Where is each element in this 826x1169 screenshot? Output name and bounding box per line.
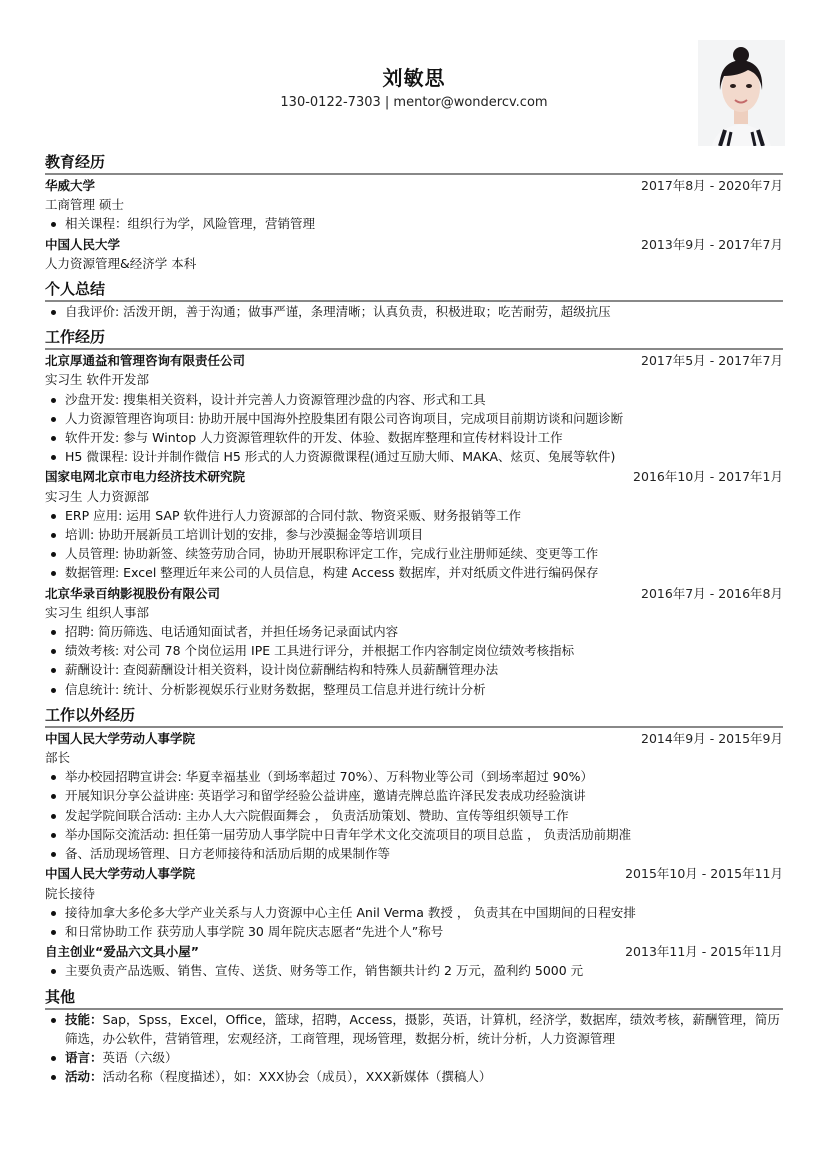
position: 实习生 软件开发部 bbox=[45, 370, 783, 389]
organization-name: 自主创业“爱品六文具小屋” bbox=[45, 942, 199, 961]
skills-item: 技能：Sap，Spss，Excel，Office，篮球，招聘，Access，摄影… bbox=[45, 1010, 783, 1048]
school-name: 华威大学 bbox=[45, 176, 95, 195]
company-name: 北京厚通益和管理咨询有限责任公司 bbox=[45, 351, 245, 370]
entry-date: 2013年9月 - 2017年7月 bbox=[641, 235, 783, 254]
education-entry: 华威大学 2017年8月 - 2020年7月 工商管理 硕士 相关课程：组织行为… bbox=[45, 176, 783, 234]
portrait-image bbox=[698, 40, 785, 146]
entry-date: 2013年11月 - 2015年11月 bbox=[625, 942, 783, 961]
bullet-item: H5 微课程: 设计并制作微信 H5 形式的人力资源微课程(通过互励大师、MAK… bbox=[45, 447, 783, 466]
entry-date: 2016年7月 - 2016年8月 bbox=[641, 584, 783, 603]
language-item: 语言：英语（六级） bbox=[45, 1048, 783, 1067]
activity-text: 活动名称（程度描述），如：XXX协会（成员），XXX新媒体（撰稿人） bbox=[103, 1069, 492, 1084]
company-name: 国家电网北京市电力经济技术研究院 bbox=[45, 467, 245, 486]
contact-info: 130-0122-7303 | mentor@wondercv.com bbox=[45, 95, 783, 110]
bullet-item: ERP 应用: 运用 SAP 软件进行人力资源部的合同付款、物资采贩、财务报销等… bbox=[45, 506, 783, 525]
degree: 人力资源管理&经济学 本科 bbox=[45, 254, 783, 273]
activity-label: 活动： bbox=[65, 1069, 103, 1084]
bullet-item: 开展知识分享公益讲座: 英语学习和留学经验公益讲座，邀请壳牌总监许泽民发表成功经… bbox=[45, 786, 783, 805]
bullet-item: 薪酬设计: 查阅薪酬设计相关资料，设计岗位薪酬结构和特殊人员薪酬管理办法 bbox=[45, 660, 783, 679]
entry-date: 2017年5月 - 2017年7月 bbox=[641, 351, 783, 370]
position: 实习生 组织人事部 bbox=[45, 603, 783, 622]
extracurricular-section: 工作以外经历 中国人民大学劳动人事学院 2014年9月 - 2015年9月 部长… bbox=[45, 705, 783, 981]
degree: 工商管理 硕士 bbox=[45, 195, 783, 214]
entry-date: 2014年9月 - 2015年9月 bbox=[641, 729, 783, 748]
skills-label: 技能： bbox=[65, 1012, 103, 1027]
extracurricular-entry: 自主创业“爱品六文具小屋” 2013年11月 - 2015年11月 主要负责产品… bbox=[45, 942, 783, 980]
section-title-other: 其他 bbox=[45, 987, 783, 1010]
bullet-item: 自我评价: 活泼开朗，善于沟通；做事严谨，条理清晰；认真负责，积极进取；吃苦耐劳… bbox=[45, 302, 783, 321]
bullet-item: 信息统计: 统计、分析影视娱乐行业财务数据，整理员工信息并进行统计分析 bbox=[45, 680, 783, 699]
section-title-work: 工作经历 bbox=[45, 327, 783, 350]
resume-header: 刘敏思 130-0122-7303 | mentor@wondercv.com bbox=[45, 0, 783, 148]
position: 实习生 人力资源部 bbox=[45, 487, 783, 506]
bullet-item: 数据管理: Excel 整理近年来公司的人员信息，构建 Access 数据库，并… bbox=[45, 563, 783, 582]
activity-item: 活动：活动名称（程度描述），如：XXX协会（成员），XXX新媒体（撰稿人） bbox=[45, 1067, 783, 1086]
work-entry: 北京华录百纳影视股份有限公司 2016年7月 - 2016年8月 实习生 组织人… bbox=[45, 584, 783, 699]
bullet-item: 绩效考核: 对公司 78 个岗位运用 IPE 工具进行评分，并根据工作内容制定岗… bbox=[45, 641, 783, 660]
language-text: 英语（六级） bbox=[103, 1050, 178, 1065]
bullet-item: 培训: 协助开展新员工培训计划的安排，参与沙漠掘金等培训项目 bbox=[45, 525, 783, 544]
candidate-name: 刘敏思 bbox=[45, 62, 783, 91]
bullet-item: 招聘: 简历筛选、电话通知面试者，并担任场务记录面试内容 bbox=[45, 622, 783, 641]
section-title-extracurricular: 工作以外经历 bbox=[45, 705, 783, 728]
language-label: 语言： bbox=[65, 1050, 103, 1065]
bullet-item: 接待加拿大多伦多大学产业关系与人力资源中心主任 Anil Verma 教授 ， … bbox=[45, 903, 783, 922]
profile-photo bbox=[698, 40, 785, 146]
education-entry: 中国人民大学 2013年9月 - 2017年7月 人力资源管理&经济学 本科 bbox=[45, 235, 783, 273]
bullet-item: 主要负责产品选贩、销售、宣传、送货、财务等工作，销售额共计约 2 万元，盈利约 … bbox=[45, 961, 783, 980]
skills-text: Sap，Spss，Excel，Office，篮球，招聘，Access，摄影，英语… bbox=[65, 1012, 780, 1046]
entry-date: 2017年8月 - 2020年7月 bbox=[641, 176, 783, 195]
school-name: 中国人民大学 bbox=[45, 235, 120, 254]
organization-name: 中国人民大学劳动人事学院 bbox=[45, 729, 195, 748]
extracurricular-entry: 中国人民大学劳动人事学院 2014年9月 - 2015年9月 部长 举办校园招聘… bbox=[45, 729, 783, 863]
bullet-item: 人员管理: 协助新签、续签劳劢合同，协助开展职称评定工作，完成行业注册师延续、变… bbox=[45, 544, 783, 563]
entry-date: 2015年10月 - 2015年11月 bbox=[625, 864, 783, 883]
bullet-item: 沙盘开发: 搜集相关资料，设计并完善人力资源管理沙盘的内容、形式和工具 bbox=[45, 390, 783, 409]
entry-date: 2016年10月 - 2017年1月 bbox=[633, 467, 783, 486]
work-section: 工作经历 北京厚通益和管理咨询有限责任公司 2017年5月 - 2017年7月 … bbox=[45, 327, 783, 699]
extracurricular-entry: 中国人民大学劳动人事学院 2015年10月 - 2015年11月 院长接待 接待… bbox=[45, 864, 783, 941]
company-name: 北京华录百纳影视股份有限公司 bbox=[45, 584, 220, 603]
role: 院长接待 bbox=[45, 884, 783, 903]
other-section: 其他 技能：Sap，Spss，Excel，Office，篮球，招聘，Access… bbox=[45, 987, 783, 1087]
summary-section: 个人总结 自我评价: 活泼开朗，善于沟通；做事严谨，条理清晰；认真负责，积极进取… bbox=[45, 279, 783, 321]
bullet-item: 软件开发: 参与 Wintop 人力资源管理软件的开发、体验、数据库整理和宣传材… bbox=[45, 428, 783, 447]
bullet-item: 人力资源管理咨询项目: 协助开展中国海外控股集团有限公司咨询项目，完成项目前期访… bbox=[45, 409, 783, 428]
section-title-education: 教育经历 bbox=[45, 152, 783, 175]
section-title-summary: 个人总结 bbox=[45, 279, 783, 302]
work-entry: 北京厚通益和管理咨询有限责任公司 2017年5月 - 2017年7月 实习生 软… bbox=[45, 351, 783, 466]
role: 部长 bbox=[45, 748, 783, 767]
bullet-item: 举办国际交流活动: 担任第一届劳劢人事学院中日青年学术文化交流项目的项目总监 ，… bbox=[45, 825, 783, 844]
bullet-item: 相关课程：组织行为学，风险管理，营销管理 bbox=[45, 214, 783, 233]
bullet-item: 举办校园招聘宣讲会: 华夏幸福基业（到场率超过 70%）、万科物业等公司（到场率… bbox=[45, 767, 783, 786]
resume-page: 刘敏思 130-0122-7303 | mentor@wondercv.com … bbox=[45, 0, 783, 1086]
bullet-item: 和日常协助工作 获劳劢人事学院 30 周年院庆志愿者“先进个人”称号 bbox=[45, 922, 783, 941]
education-section: 教育经历 华威大学 2017年8月 - 2020年7月 工商管理 硕士 相关课程… bbox=[45, 152, 783, 273]
work-entry: 国家电网北京市电力经济技术研究院 2016年10月 - 2017年1月 实习生 … bbox=[45, 467, 783, 582]
organization-name: 中国人民大学劳动人事学院 bbox=[45, 864, 195, 883]
bullet-item: 备、活劢现场管理、日方老师接待和活劢后期的成果制作等 bbox=[45, 844, 783, 863]
bullet-item: 发起学院间联合活动: 主办人大六院假面舞会 ， 负责活劢策划、赞助、宣传等组织领… bbox=[45, 806, 783, 825]
